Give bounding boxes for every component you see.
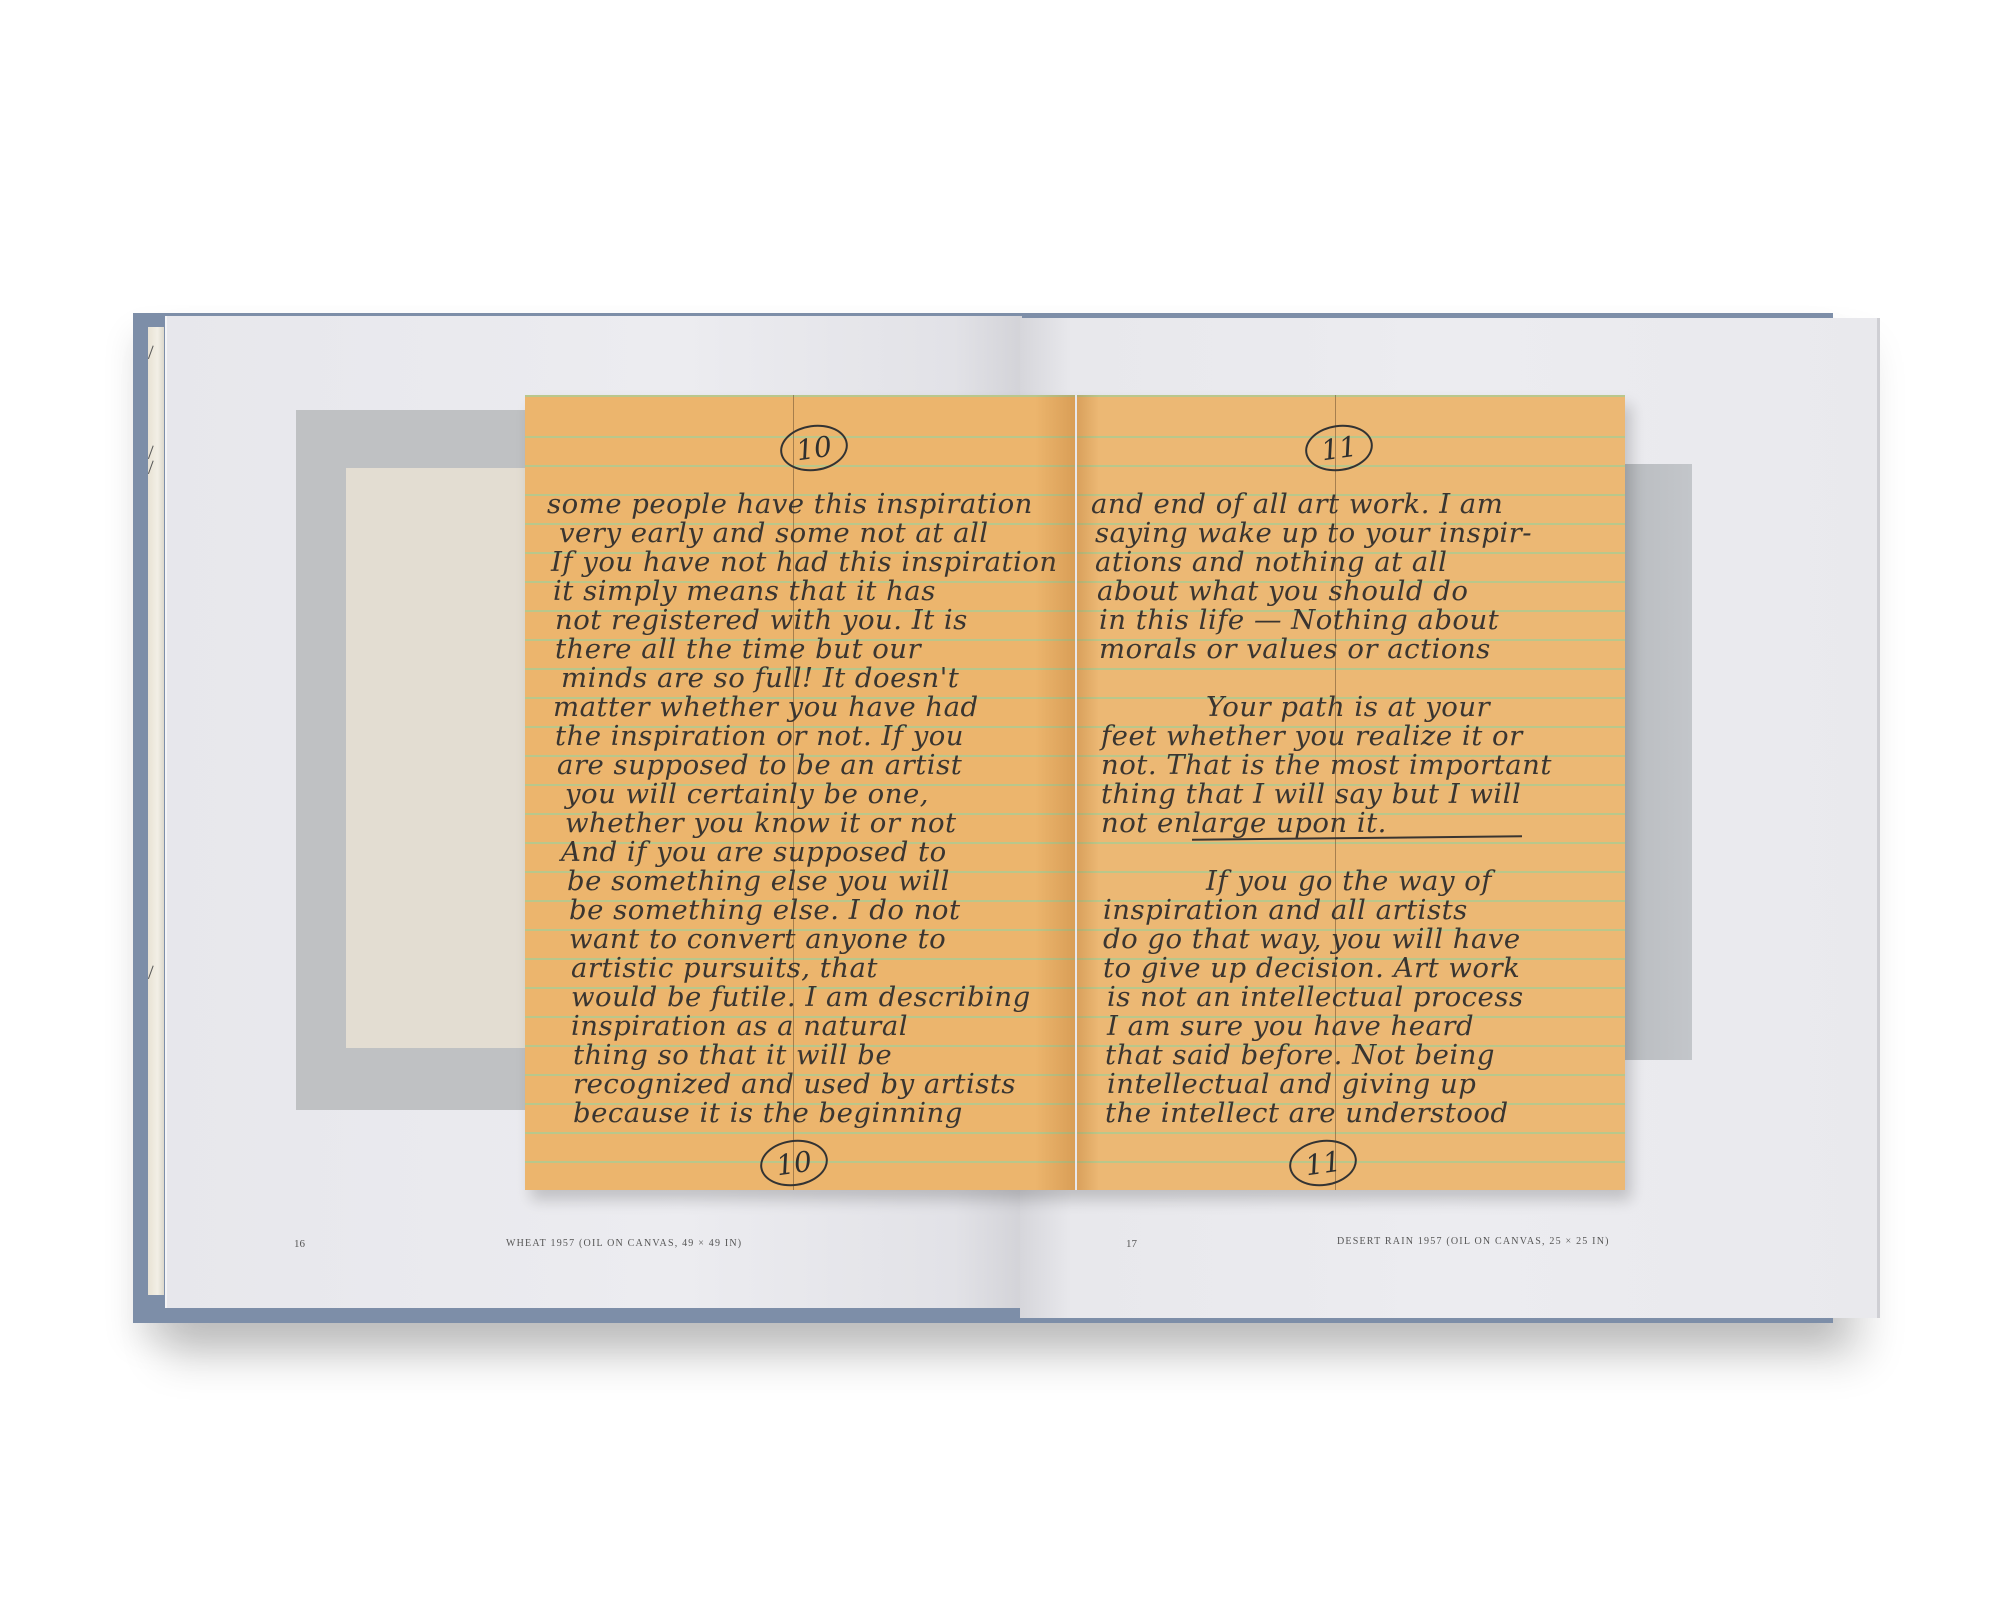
page-edges <box>148 327 164 1295</box>
text-line: do go that way, you will have <box>1091 925 1625 954</box>
text-line: artistic pursuits, that <box>547 954 1075 983</box>
text-line: want to convert anyone to <box>547 925 1075 954</box>
endpaper-mark <box>148 461 163 478</box>
text-line: in this life — Nothing about <box>1091 606 1625 635</box>
text-line: recognized and used by artists <box>547 1070 1075 1099</box>
page-folio-left: 16 <box>294 1238 305 1250</box>
text-line: thing that I will say but I will <box>1091 780 1625 809</box>
text-line: are supposed to be an artist <box>547 751 1075 780</box>
text-line: And if you are supposed to <box>547 838 1075 867</box>
text-line: not registered with you. It is <box>547 606 1075 635</box>
text-line: inspiration and all artists <box>1091 896 1625 925</box>
text-line: some people have this inspiration <box>547 490 1075 519</box>
text-line: you will certainly be one, <box>547 780 1075 809</box>
text-line: morals or values or actions <box>1091 635 1625 664</box>
caption-wheat: WHEAT 1957 (OIL ON CANVAS, 49 × 49 IN) <box>506 1238 742 1249</box>
page-number-circled: 11 <box>1286 1135 1360 1190</box>
text-line: the intellect are understood <box>1091 1099 1625 1128</box>
text-line: very early and some not at all <box>547 519 1075 548</box>
text-line: intellectual and giving up <box>1091 1070 1625 1099</box>
handwritten-text: and end of all art work. I am saying wak… <box>1091 490 1625 1128</box>
handwritten-text: some people have this inspiration very e… <box>547 490 1075 1128</box>
text-line: about what you should do <box>1091 577 1625 606</box>
text-line: that said before. Not being <box>1091 1041 1625 1070</box>
text-line: and end of all art work. I am <box>1091 490 1625 519</box>
text-line: there all the time but our <box>547 635 1075 664</box>
page-number-circled: 10 <box>757 1135 831 1190</box>
page-folio-right: 17 <box>1126 1238 1137 1250</box>
text-line: is not an intellectual process <box>1091 983 1625 1012</box>
text-line: If you go the way of <box>1091 867 1625 896</box>
text-line: minds are so full! It doesn't <box>547 664 1075 693</box>
text-line: If you have not had this inspiration <box>547 548 1075 577</box>
text-line: be something else you will <box>547 867 1075 896</box>
text-line: the inspiration or not. If you <box>547 722 1075 751</box>
text-line: because it is the beginning <box>547 1099 1075 1128</box>
text-line: ations and nothing at all <box>1091 548 1625 577</box>
text-line: Your path is at your <box>1091 693 1625 722</box>
painting-desert-rain <box>1622 464 1692 1060</box>
caption-desert-rain: DESERT RAIN 1957 (OIL ON CANVAS, 25 × 25… <box>1337 1236 1610 1247</box>
text-line: to give up decision. Art work <box>1091 954 1625 983</box>
text-line: saying wake up to your inspir- <box>1091 519 1625 548</box>
handwritten-notebook: 10 some people have this inspiration ver… <box>525 395 1625 1190</box>
text-line: matter whether you have had <box>547 693 1075 722</box>
text-line: be something else. I do not <box>547 896 1075 925</box>
text-line: thing so that it will be <box>547 1041 1075 1070</box>
text-line: feet whether you realize it or <box>1091 722 1625 751</box>
page-number-circled: 10 <box>777 420 851 475</box>
text-line: inspiration as a natural <box>547 1012 1075 1041</box>
page-number-circled: 11 <box>1302 420 1376 475</box>
endpaper-mark <box>148 446 163 463</box>
endpaper-mark <box>148 966 163 983</box>
text-line: would be futile. I am describing <box>547 983 1075 1012</box>
text-line: I am sure you have heard <box>1091 1012 1625 1041</box>
text-line: not. That is the most important <box>1091 751 1625 780</box>
text-line: whether you know it or not <box>547 809 1075 838</box>
notebook-page-right: 11 and end of all art work. I am saying … <box>1077 395 1625 1190</box>
endpaper-mark <box>148 346 163 363</box>
page-edge <box>1877 318 1880 1318</box>
notebook-page-left: 10 some people have this inspiration ver… <box>525 395 1075 1190</box>
text-line: not enlarge upon it. <box>1091 809 1625 838</box>
text-line: it simply means that it has <box>547 577 1075 606</box>
